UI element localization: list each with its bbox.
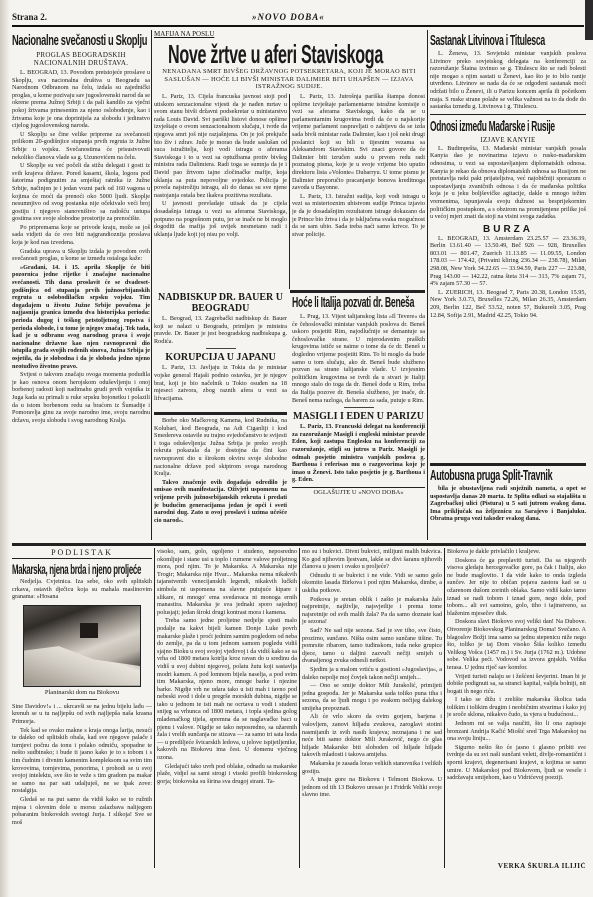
headline-makarska: Makarska, njena brda i njeno proljeće (12, 561, 152, 577)
burza-title: BURZA (430, 224, 586, 235)
separator (67, 699, 97, 700)
section-rule (290, 290, 425, 293)
paragraph: — Ono se smije doktor Mili Jurakolić, pr… (302, 682, 442, 712)
column-divider (427, 30, 428, 540)
paragraph: U Skoplje su već počeli da stižu delegat… (12, 162, 150, 223)
paragraph: L. Beograd, 13. Zagrebački nadbiskup dr.… (154, 315, 287, 345)
feuilleton-intro: Nedjelja. Cvjetnica. Iza sebe, oko svih … (12, 578, 152, 601)
paragraph: Biokova je dakle privlačilo i kraljeve. (447, 548, 586, 556)
feuilleton-text-2: visoko, sam, golo, ogoljeno i studeno, n… (157, 548, 297, 785)
section-rule (154, 412, 287, 415)
headline-masigli: MASIGLI I EDEN U PARIZU (292, 411, 425, 422)
paragraph: Gradska uprava u Skoplju izdala je povod… (12, 248, 150, 263)
column-divider (289, 94, 290, 289)
feuilleton-text-1: Sine Davidov!« i ... ukrcavši se na jedn… (12, 703, 152, 827)
photo-caption: Planinarski dom na Biokovu (12, 689, 152, 696)
body-japan: L. Pariz, 13. Javljaju iz Tokia da je mi… (154, 364, 287, 402)
paragraph: Gledajući tako uvrh pod oblake, odnadu s… (157, 763, 297, 786)
paragraph: bila je obustavljena radi snježnih namet… (430, 485, 586, 523)
separator (344, 407, 374, 408)
scan-edge (585, 0, 593, 40)
feuilleton-text-3: mo su i bukvici. Divni bukvici, milijuni… (302, 548, 442, 799)
feuilleton-col-2: visoko, sam, golo, ogoljeno i studeno, n… (157, 548, 297, 873)
feuilleton-col-4: Biokova je dakle privlačilo i kraljeve. … (447, 548, 586, 863)
paragraph: U Skoplju se čine velike pripreme za sve… (12, 131, 150, 161)
paragraph: »Građani, 14. i 15. aprila Skoplje će bi… (12, 264, 150, 370)
headline-bauer: NADBISKUP DR. BAUER U BEOGRADU (154, 292, 287, 314)
section-rule (12, 558, 152, 559)
headline-litvinov: Sastanak Litvinova i Titulesca (430, 32, 586, 49)
paragraph: L. Prag, 13. Vijest talijanskog lista »I… (292, 313, 425, 404)
ad-line: OGLAŠUJTE U »NOVO DOBA« (292, 487, 425, 496)
headline-skoplje: Nacionalne svečanosti u Skoplju (12, 32, 150, 49)
paragraph: Odnudu ti se bukvici i ne vide. Vidi se … (302, 572, 442, 595)
feuilleton-rule (12, 543, 586, 546)
paragraph: Sad? Ne sad nije sezona. Sad je sve tiho… (302, 627, 442, 665)
paragraph: L. BEOGRAD, 13. Povodom pretstojeće pros… (12, 69, 150, 130)
headline-benes: Hoće li Italija pozvati dr. Beneša (292, 294, 425, 311)
burza-belgrade: L. BEOGRAD, 13. Amsterdam 23.25.57 — 23.… (430, 235, 586, 288)
article-skoplje-continued: Borbe oko Mačkovog Kamena, kod Rudnika, … (154, 417, 287, 542)
paragraph: L. Ženeva, 13. Sovjetski ministar vanjsk… (430, 50, 586, 111)
headline-bus: Autobusna pruga Split-Travnik (430, 467, 586, 484)
article-skoplje: Nacionalne svečanosti u Skoplju PROGLAS … (12, 32, 150, 540)
paragraph: L. Pariz, 13. Javljaju iz Tokia da je mi… (154, 364, 287, 402)
subhead-stavisky: NENADANA SMRT BIVŠEG DRŽAVNOG POTSEKRETA… (154, 68, 424, 90)
page-number: Strana 2. (12, 12, 47, 22)
body-skoplje: L. BEOGRAD, 13. Povodom pretstojeće pros… (12, 69, 150, 424)
paragraph: L. Pariz, 13. Francuski delegat na konfe… (292, 423, 425, 484)
paragraph: visoko, sam, golo, ogoljeno i studeno, n… (157, 548, 297, 616)
body-benes: L. Prag, 13. Vijest talijanskog lista »I… (292, 313, 425, 404)
photo-snow (24, 642, 140, 686)
body-bus: bila je obustavljena radi snježnih namet… (430, 485, 586, 523)
paper-name: »NOVO DOBA« (252, 12, 325, 22)
headline-hungary: Odnosi između Mađarske i Rusije (430, 118, 586, 135)
photo-mountain-lodge (23, 605, 141, 687)
paragraph: Vrijeti turisti nalaju se i žešćeni ševj… (447, 673, 586, 696)
body-stavisky-left: L. Pariz, 13. Cijela francuska javnost s… (154, 93, 287, 238)
body-masigli: L. Pariz, 13. Francuski delegat na konfe… (292, 423, 425, 484)
paragraph: Ali će vrlo skoro da ovim gorjem, barjen… (302, 713, 442, 759)
paragraph: Jednom mi se valja naučiti, što li ona z… (447, 720, 586, 743)
paragraph: L. Budimpešta, 13. Mađarski ministar van… (430, 145, 586, 221)
paragraph: Po pripremama koje se privode kraju, mož… (12, 224, 150, 247)
section-rule (430, 114, 586, 115)
separator (206, 348, 236, 349)
article-benes-masigli: Hoće li Italija pozvati dr. Beneša L. Pr… (292, 294, 425, 544)
paragraph: Makarska je zasada lorao velikih stanovn… (302, 760, 442, 775)
paragraph: Gledaš se na put samo da vidiš kako se t… (12, 796, 152, 826)
paragraph: L. Pariz, 13. Istražni sudija, koji vodi… (292, 193, 425, 239)
column-divider (299, 548, 300, 868)
stavisky-right-column: L. Pariz, 13. Jutrošnja pariška štampa d… (292, 93, 425, 290)
paragraph: A imaju gore na Biokovu i Telmont Biokov… (302, 776, 442, 799)
body-stavisky-right: L. Pariz, 13. Jutrošnja pariška štampa d… (292, 93, 425, 238)
paragraph: Doskora će ga preplaviti turisti. Da sa … (447, 557, 586, 618)
burza-zurich: L. ZUERICH, 13. Beograd 7, Paris 20.38, … (430, 289, 586, 319)
paragraph: Treba samo jedne proljetne nedjelje sjes… (157, 617, 297, 761)
paragraph: Sjedim ja u malom vrtiću u gostioni »Jug… (302, 666, 442, 681)
feuilleton-col-3: mo su i bukvici. Divni bukvici, milijuni… (302, 548, 442, 873)
paragraph: U javnosti prevladaje utisak da je cijel… (154, 200, 287, 238)
photo-lodge (80, 623, 99, 637)
paragraph: mo su i bukvici. Divni bukvici, milijuni… (302, 548, 442, 571)
body-burza: L. BEOGRAD, 13. Amsterdam 23.25.57 — 23.… (430, 235, 586, 320)
paragraph: Doskora slavi Biokovo svoj veliki dan! N… (447, 618, 586, 671)
section-rule (430, 463, 586, 466)
author-signature: VERKA ŠKURLA ILIJIĆ (447, 862, 586, 870)
subhead-skoplje: PROGLAS BEOGRADSKIH NACIONALNIH DRUŠTAVA… (12, 51, 150, 67)
paragraph: Takvo značenje ovih događaja odredilo je… (154, 479, 287, 525)
headline-stavisky: Nove žrtve u aferi Staviskoga (168, 40, 424, 68)
paragraph: Nedjelja. Cvjetnica. Iza sebe, oko svih … (12, 578, 152, 601)
paragraph: I tako se dižu i zrelište makarska školi… (447, 696, 586, 719)
column-divider (154, 548, 155, 868)
article-bus-line: Autobusna pruga Split-Travnik bila je ob… (430, 467, 586, 542)
feuilleton-col-1: PODLISTAK Makarska, njena brda i njeno p… (12, 548, 152, 893)
column-divider (444, 548, 445, 868)
masthead-rule (12, 25, 584, 27)
newspaper-page: Strana 2. »NOVO DOBA« Nacionalne svečano… (0, 0, 593, 897)
column-divider (151, 30, 152, 540)
subhead-hungary: IZJAVE KANYIE (430, 136, 586, 144)
feuilleton-section: PODLISTAK (12, 548, 152, 557)
body-skoplje-cont: Borbe oko Mačkovog Kamena, kod Rudnika, … (154, 417, 287, 524)
headline-japan: KORUPCIJA U JAPANU (154, 352, 287, 363)
paragraph: Borbe oko Mačkovog Kamena, kod Rudnika, … (154, 417, 287, 478)
paragraph: Potkova je sretan oblik i zašto je makar… (302, 596, 442, 626)
feuilleton-text-4: Biokova je dakle privlačilo i kraljeve. … (447, 548, 586, 782)
body-bauer: L. Beograd, 13. Zagrebački nadbiskup dr.… (154, 315, 287, 345)
paragraph: Sigurno nešto što će jasno i glasno prib… (447, 744, 586, 782)
body-hungary: L. Budimpešta, 13. Mađarski ministar van… (430, 145, 586, 221)
article-stavisky-header: MAFIJA NA POSLU Nove žrtve u aferi Stavi… (154, 30, 424, 90)
paragraph: Svijest o takvom značaju ovoga momenta p… (12, 371, 150, 424)
body-litvinov: L. Ženeva, 13. Sovjetski ministar vanjsk… (430, 50, 586, 111)
page-fold-shadow (0, 0, 10, 897)
paragraph: Sine Davidov!« i ... ukrcavši se na jedn… (12, 703, 152, 726)
masthead: Strana 2. »NOVO DOBA« (12, 12, 584, 26)
paragraph: Tek kad se ovako makne s kraja onoga lar… (12, 727, 152, 795)
paragraph: L. Pariz, 13. Jutrošnja pariška štampa d… (292, 93, 425, 192)
paragraph: L. Pariz, 13. Cijela francuska javnost s… (154, 93, 287, 199)
stavisky-left-column: L. Pariz, 13. Cijela francuska javnost s… (154, 93, 287, 290)
kicker-mafija: MAFIJA NA POSLU (154, 30, 424, 38)
signature-block: VERKA ŠKURLA ILIJIĆ (447, 862, 586, 874)
